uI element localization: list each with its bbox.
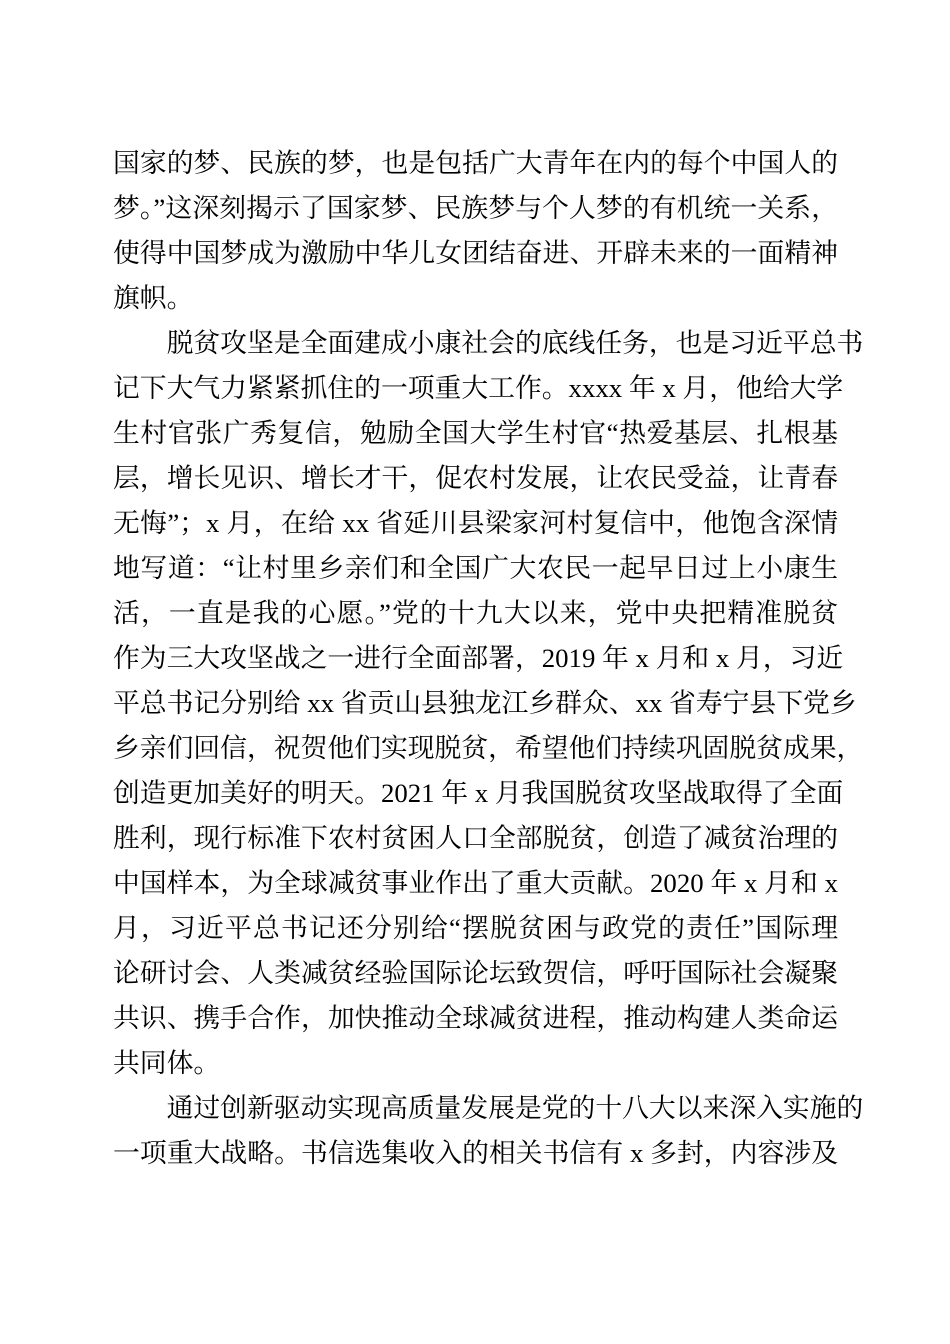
paragraph-china-dream: 国家的梦、民族的梦，也是包括广大青年在内的每个中国人的 梦。”这深刻揭示了国家梦…	[113, 141, 838, 321]
text-line: 无悔”；x 月，在给 xx 省延川县梁家河村复信中，他饱含深情	[113, 501, 838, 546]
text-line: 通过创新驱动实现高质量发展是党的十八大以来深入实施的	[113, 1086, 838, 1131]
text-line: 胜利，现行标准下农村贫困人口全部脱贫，创造了减贫治理的	[113, 816, 838, 861]
text-line: 创造更加美好的明天。2021 年 x 月我国脱贫攻坚战取得了全面	[113, 771, 838, 816]
text-line: 月，习近平总书记还分别给“摆脱贫困与政党的责任”国际理	[113, 906, 838, 951]
text-line: 梦。”这深刻揭示了国家梦、民族梦与个人梦的有机统一关系，	[113, 186, 838, 231]
text-line: 中国样本，为全球减贫事业作出了重大贡献。2020 年 x 月和 x	[113, 861, 838, 906]
text-line: 作为三大攻坚战之一进行全面部署，2019 年 x 月和 x 月，习近	[113, 636, 838, 681]
text-line: 共同体。	[113, 1041, 838, 1086]
text-line: 国家的梦、民族的梦，也是包括广大青年在内的每个中国人的	[113, 141, 838, 186]
text-line: 旗帜。	[113, 276, 838, 321]
text-line: 使得中国梦成为激励中华儿女团结奋进、开辟未来的一面精神	[113, 231, 838, 276]
paragraph-innovation-driven: 通过创新驱动实现高质量发展是党的十八大以来深入实施的 一项重大战略。书信选集收入…	[113, 1086, 838, 1176]
document-page: 国家的梦、民族的梦，也是包括广大青年在内的每个中国人的 梦。”这深刻揭示了国家梦…	[0, 0, 950, 1344]
text-line: 一项重大战略。书信选集收入的相关书信有 x 多封，内容涉及	[113, 1131, 838, 1176]
text-line: 记下大气力紧紧抓住的一项重大工作。xxxx 年 x 月，他给大学	[113, 366, 838, 411]
text-line: 层，增长见识、增长才干，促农村发展，让农民受益，让青春	[113, 456, 838, 501]
text-line: 平总书记分别给 xx 省贡山县独龙江乡群众、xx 省寿宁县下党乡	[113, 681, 838, 726]
text-line: 共识、携手合作，加快推动全球减贫进程，推动构建人类命运	[113, 996, 838, 1041]
text-line: 地写道：“让村里乡亲们和全国广大农民一起早日过上小康生	[113, 546, 838, 591]
text-line: 脱贫攻坚是全面建成小康社会的底线任务，也是习近平总书	[113, 321, 838, 366]
text-line: 生村官张广秀复信，勉励全国大学生村官“热爱基层、扎根基	[113, 411, 838, 456]
document-body: 国家的梦、民族的梦，也是包括广大青年在内的每个中国人的 梦。”这深刻揭示了国家梦…	[113, 141, 838, 1176]
text-line: 乡亲们回信，祝贺他们实现脱贫，希望他们持续巩固脱贫成果，	[113, 726, 838, 771]
paragraph-poverty-alleviation: 脱贫攻坚是全面建成小康社会的底线任务，也是习近平总书 记下大气力紧紧抓住的一项重…	[113, 321, 838, 1086]
text-line: 活，一直是我的心愿。”党的十九大以来，党中央把精准脱贫	[113, 591, 838, 636]
text-line: 论研讨会、人类减贫经验国际论坛致贺信，呼吁国际社会凝聚	[113, 951, 838, 996]
